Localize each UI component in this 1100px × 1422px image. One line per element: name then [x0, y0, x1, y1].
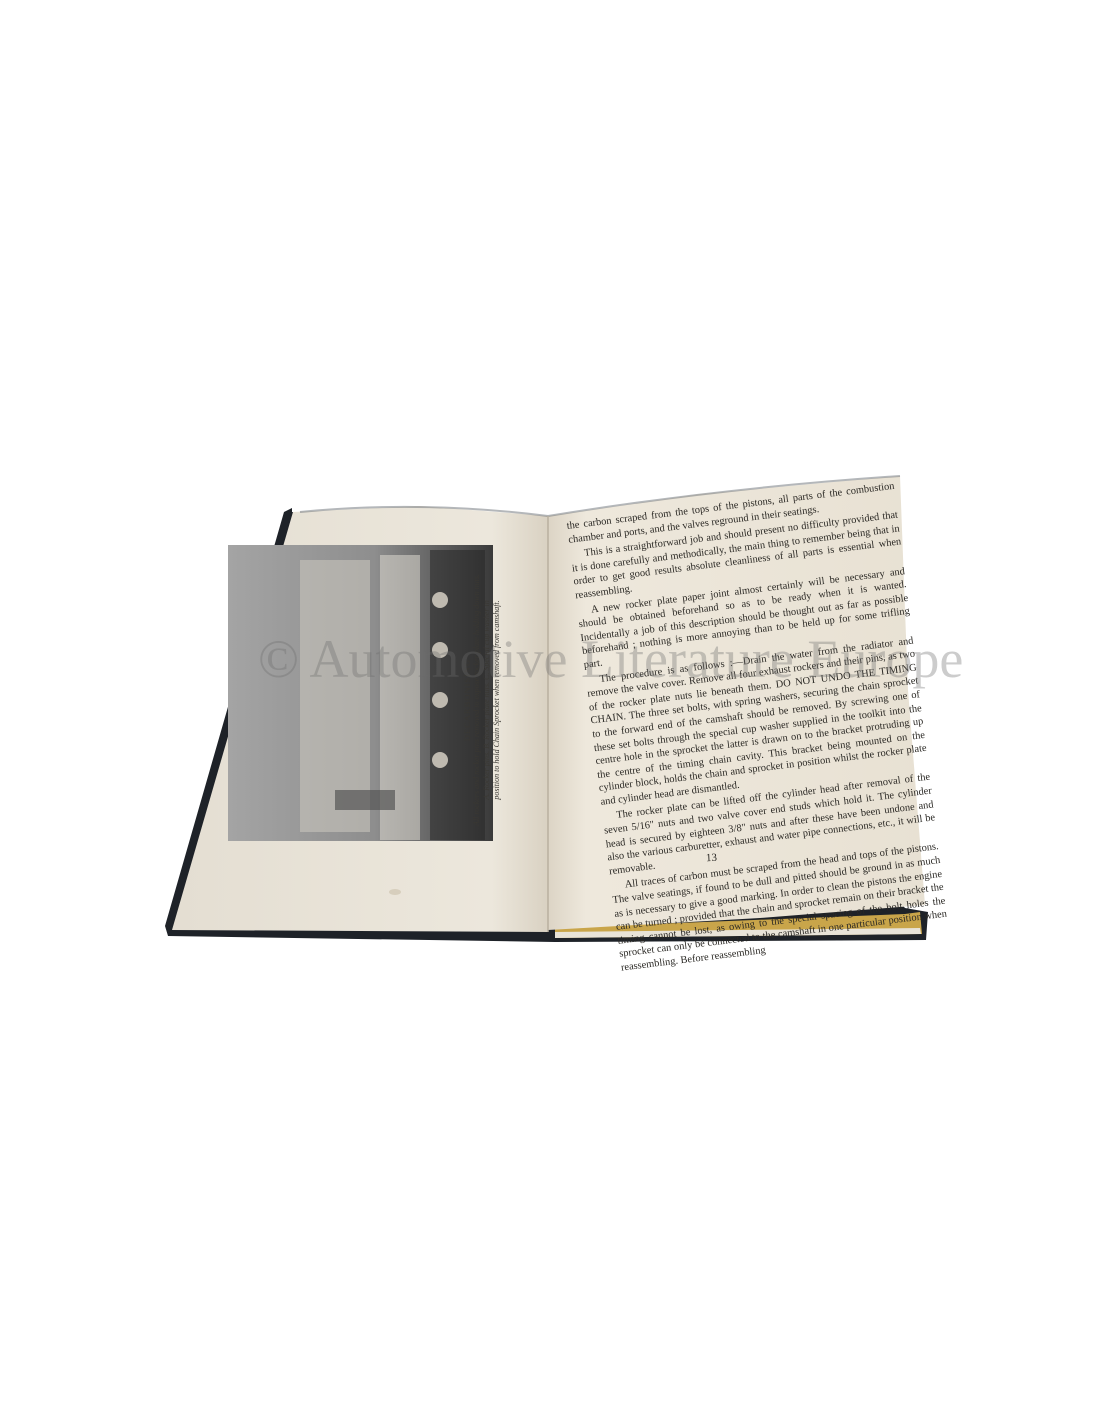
caption-line: All rockers and rocker pins removed to e…: [472, 550, 482, 850]
page-number: 13: [706, 852, 718, 865]
copyright-watermark: © Automotive Literature Europe: [258, 628, 963, 690]
right-page-text: the carbon scraped from the tops of the …: [566, 480, 950, 977]
photo-caption: DECARBONISING All rockers and rocker pin…: [462, 550, 502, 850]
book-photo-scene: DECARBONISING All rockers and rocker pin…: [0, 0, 1100, 1422]
caption-title: DECARBONISING: [462, 550, 472, 850]
caption-line: A. Rocker pins. B. Rocker plate nuts. C.…: [482, 550, 492, 850]
open-book: [0, 0, 1100, 1422]
caption-line: position to hold Chain Sprocket when rem…: [492, 550, 502, 850]
